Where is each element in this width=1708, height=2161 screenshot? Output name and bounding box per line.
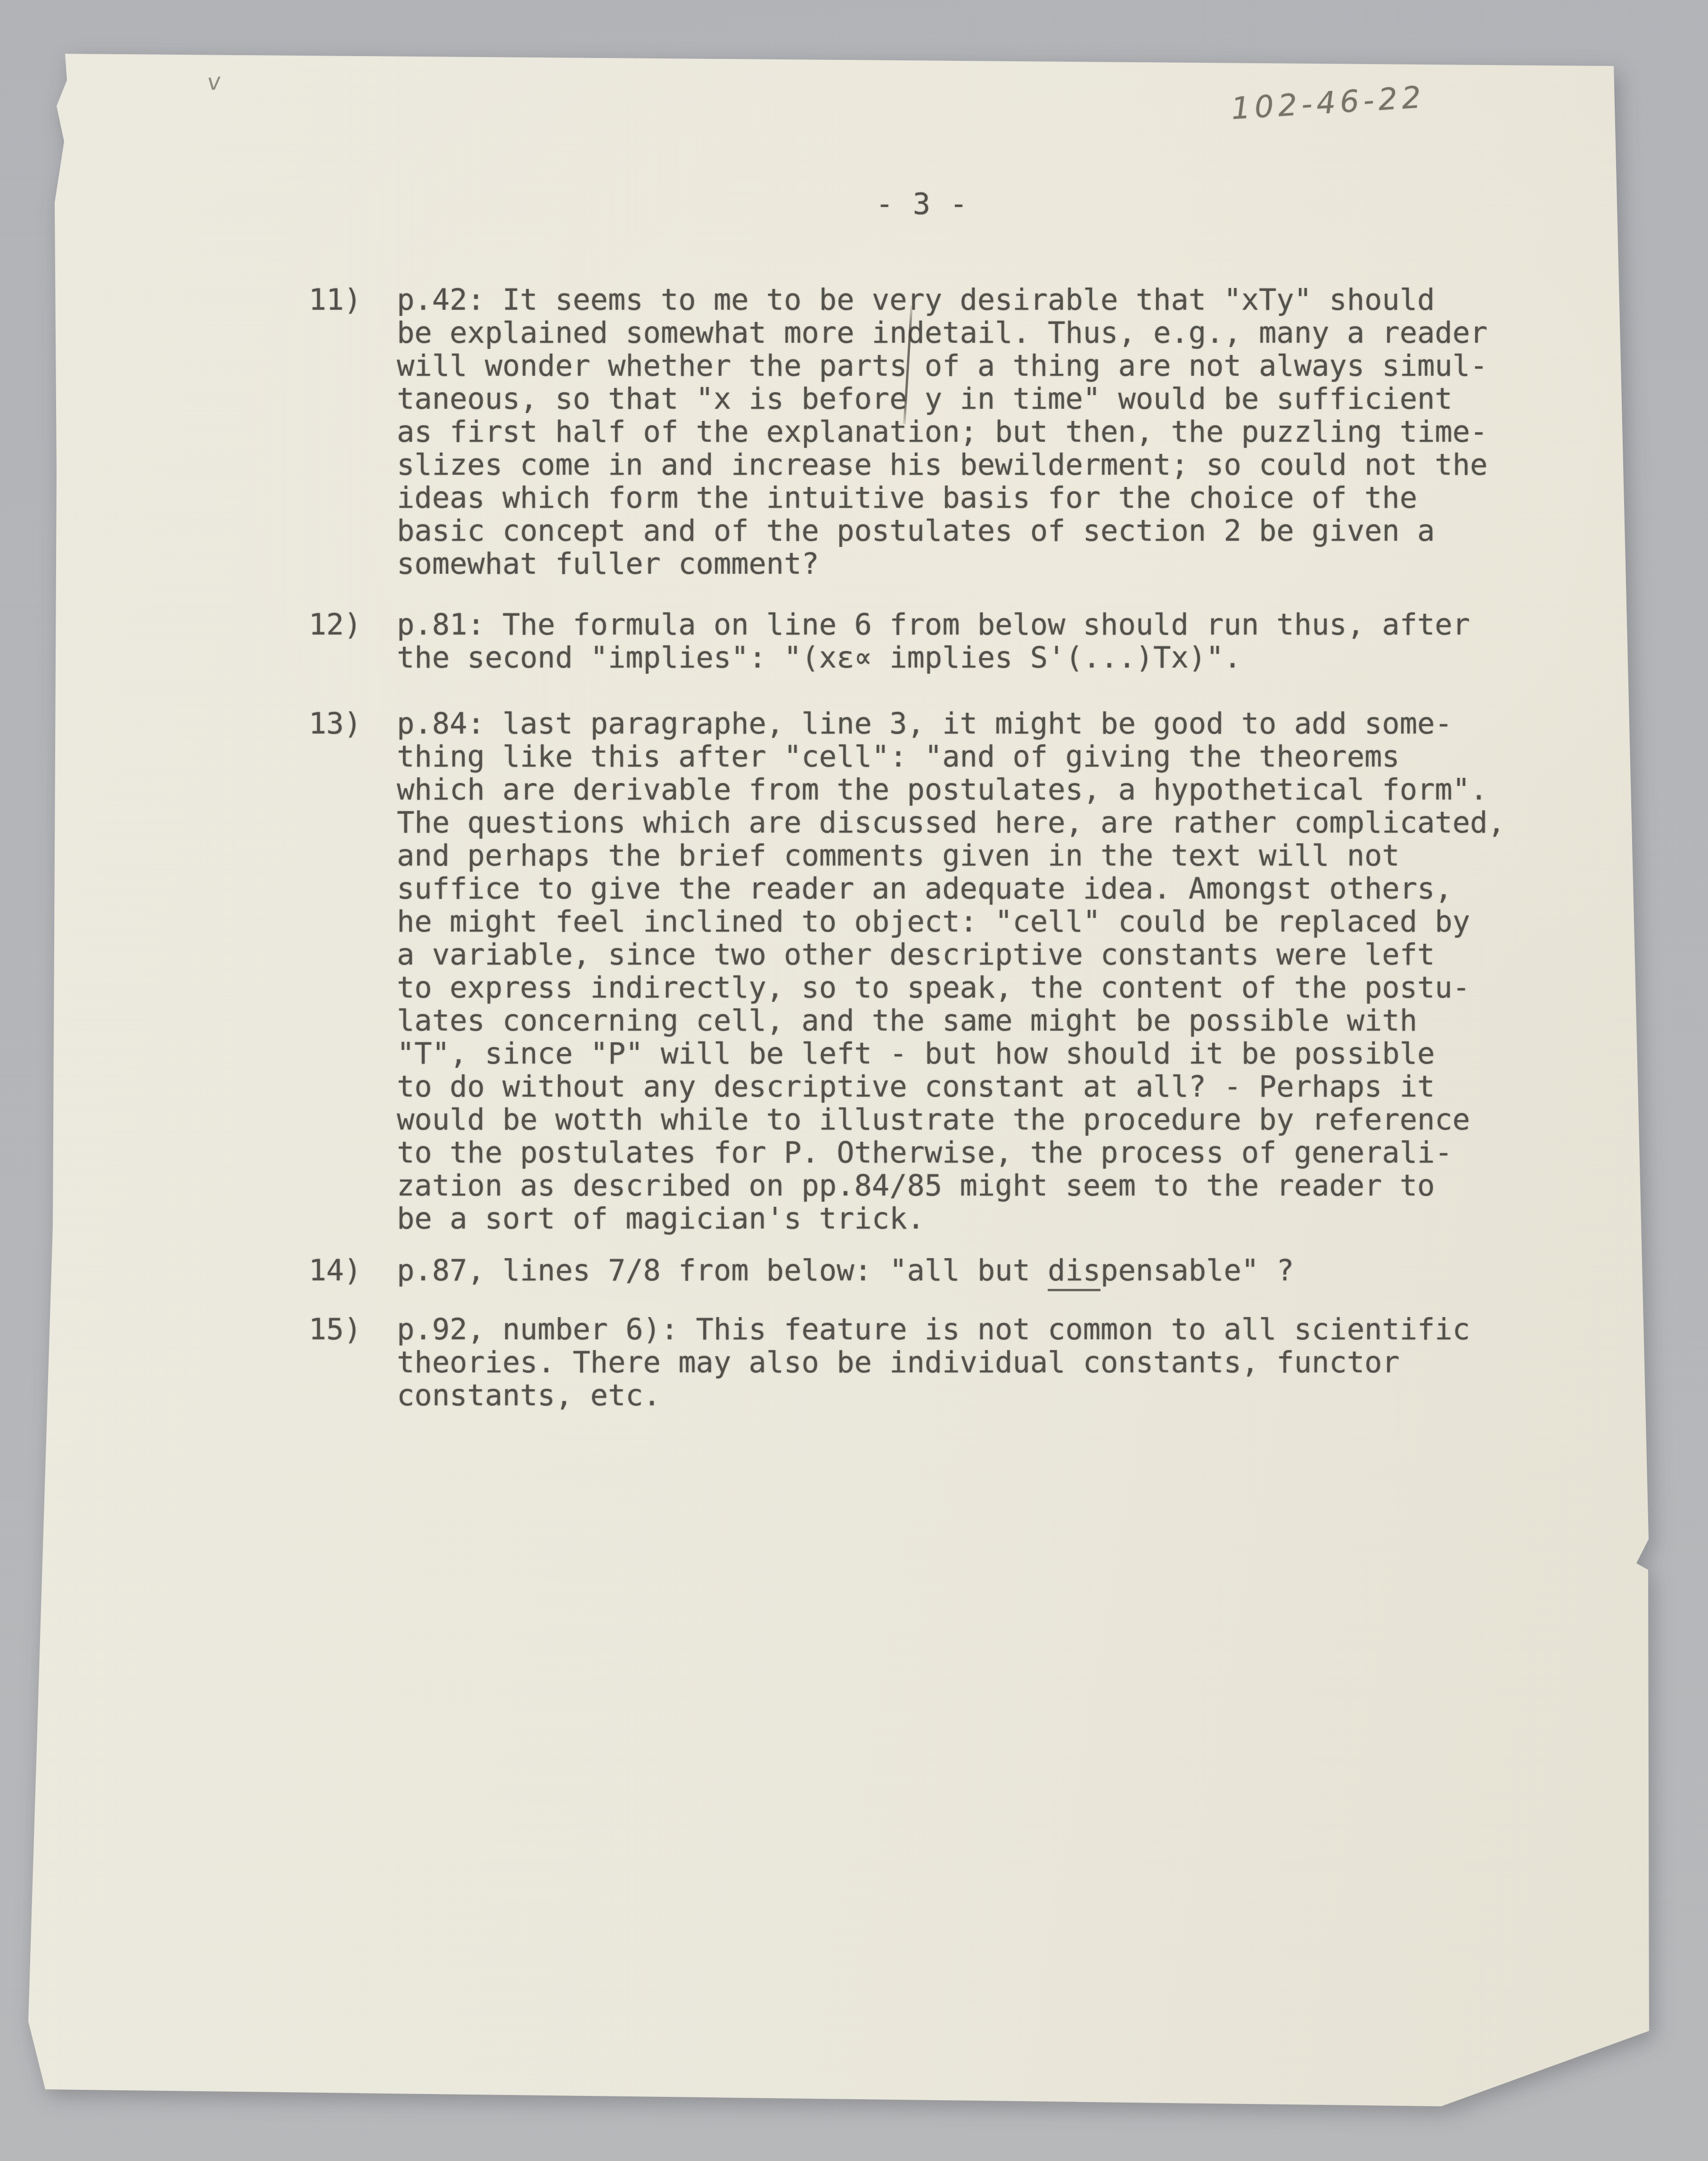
typewritten-line: be explained somewhat more indetail. Thu… [309, 316, 1487, 349]
item-number: 13) [309, 707, 397, 740]
list-item-14: 14)p.87, lines 7/8 from below: "all but … [309, 1254, 1294, 1287]
typewritten-line: theories. There may also be individual c… [309, 1346, 1470, 1379]
paper-shadow: v 102-46-22 - 3 - 11)p.42: It seems to m… [0, 0, 1708, 2161]
typewritten-line: would be wotth while to illustrate the p… [309, 1103, 1505, 1136]
typewritten-line: ideas which form the intuitive basis for… [309, 481, 1487, 514]
typewritten-line: be a sort of magician's trick. [309, 1202, 1505, 1235]
typewritten-line: 15)p.92, number 6): This feature is not … [309, 1313, 1470, 1346]
typewritten-line: 14)p.87, lines 7/8 from below: "all but … [309, 1254, 1294, 1287]
typewritten-line: and perhaps the brief comments given in … [309, 839, 1505, 872]
item-number: 14) [309, 1254, 397, 1287]
typewritten-line: "T", since "P" will be left - but how sh… [309, 1037, 1505, 1070]
typewritten-line: 12)p.81: The formula on line 6 from belo… [309, 608, 1470, 641]
item-number: 15) [309, 1313, 397, 1346]
item-number: 12) [309, 608, 397, 641]
typewritten-line: will wonder whether the parts of a thing… [309, 349, 1487, 382]
typewritten-line: to the postulates for P. Otherwise, the … [309, 1136, 1505, 1169]
scanner-background: v 102-46-22 - 3 - 11)p.42: It seems to m… [0, 0, 1708, 2161]
typewritten-line: to do without any descriptive constant a… [309, 1070, 1505, 1103]
typewritten-line: basic concept and of the postulates of s… [309, 514, 1487, 547]
typewritten-line: as first half of the explanation; but th… [309, 415, 1487, 448]
paper-sheet: v 102-46-22 - 3 - 11)p.42: It seems to m… [0, 0, 1708, 2161]
typewritten-line: a variable, since two other descriptive … [309, 938, 1505, 971]
list-item-15: 15)p.92, number 6): This feature is not … [309, 1313, 1470, 1412]
text-segment: pensable" ? [1100, 1253, 1294, 1287]
numbered-comment-list: 11)p.42: It seems to me to be very desir… [0, 0, 1708, 2161]
typewritten-line: somewhat fuller comment? [309, 547, 1487, 580]
typewritten-line: constants, etc. [309, 1379, 1470, 1412]
typewritten-line: to express indirectly, so to speak, the … [309, 971, 1505, 1004]
typewritten-line: suffice to give the reader an adequate i… [309, 872, 1505, 905]
typewritten-line: 13)p.84: last paragraphe, line 3, it mig… [309, 707, 1505, 740]
typewritten-line: taneous, so that "x is before y in time"… [309, 382, 1487, 415]
typewritten-line: slizes come in and increase his bewilder… [309, 448, 1487, 481]
typewritten-line: The questions which are discussed here, … [309, 806, 1505, 839]
typewritten-line: the second "implies": "(xε∝ implies S'(.… [309, 641, 1470, 674]
typewritten-line: thing like this after "cell": "and of gi… [309, 740, 1505, 773]
text-segment: p.87, lines 7/8 from below: "all but [397, 1253, 1048, 1287]
typewritten-line: lates concerning cell, and the same migh… [309, 1004, 1505, 1037]
list-item-11: 11)p.42: It seems to me to be very desir… [309, 283, 1487, 580]
list-item-12: 12)p.81: The formula on line 6 from belo… [309, 608, 1470, 674]
typewritten-line: zation as described on pp.84/85 might se… [309, 1169, 1505, 1202]
list-item-13: 13)p.84: last paragraphe, line 3, it mig… [309, 707, 1505, 1235]
item-number: 11) [309, 283, 397, 316]
typewritten-line: he might feel inclined to object: "cell"… [309, 905, 1505, 938]
typewritten-line: 11)p.42: It seems to me to be very desir… [309, 283, 1487, 316]
underlined-text: dis [1048, 1253, 1100, 1291]
typewritten-line: which are derivable from the postulates,… [309, 773, 1505, 806]
